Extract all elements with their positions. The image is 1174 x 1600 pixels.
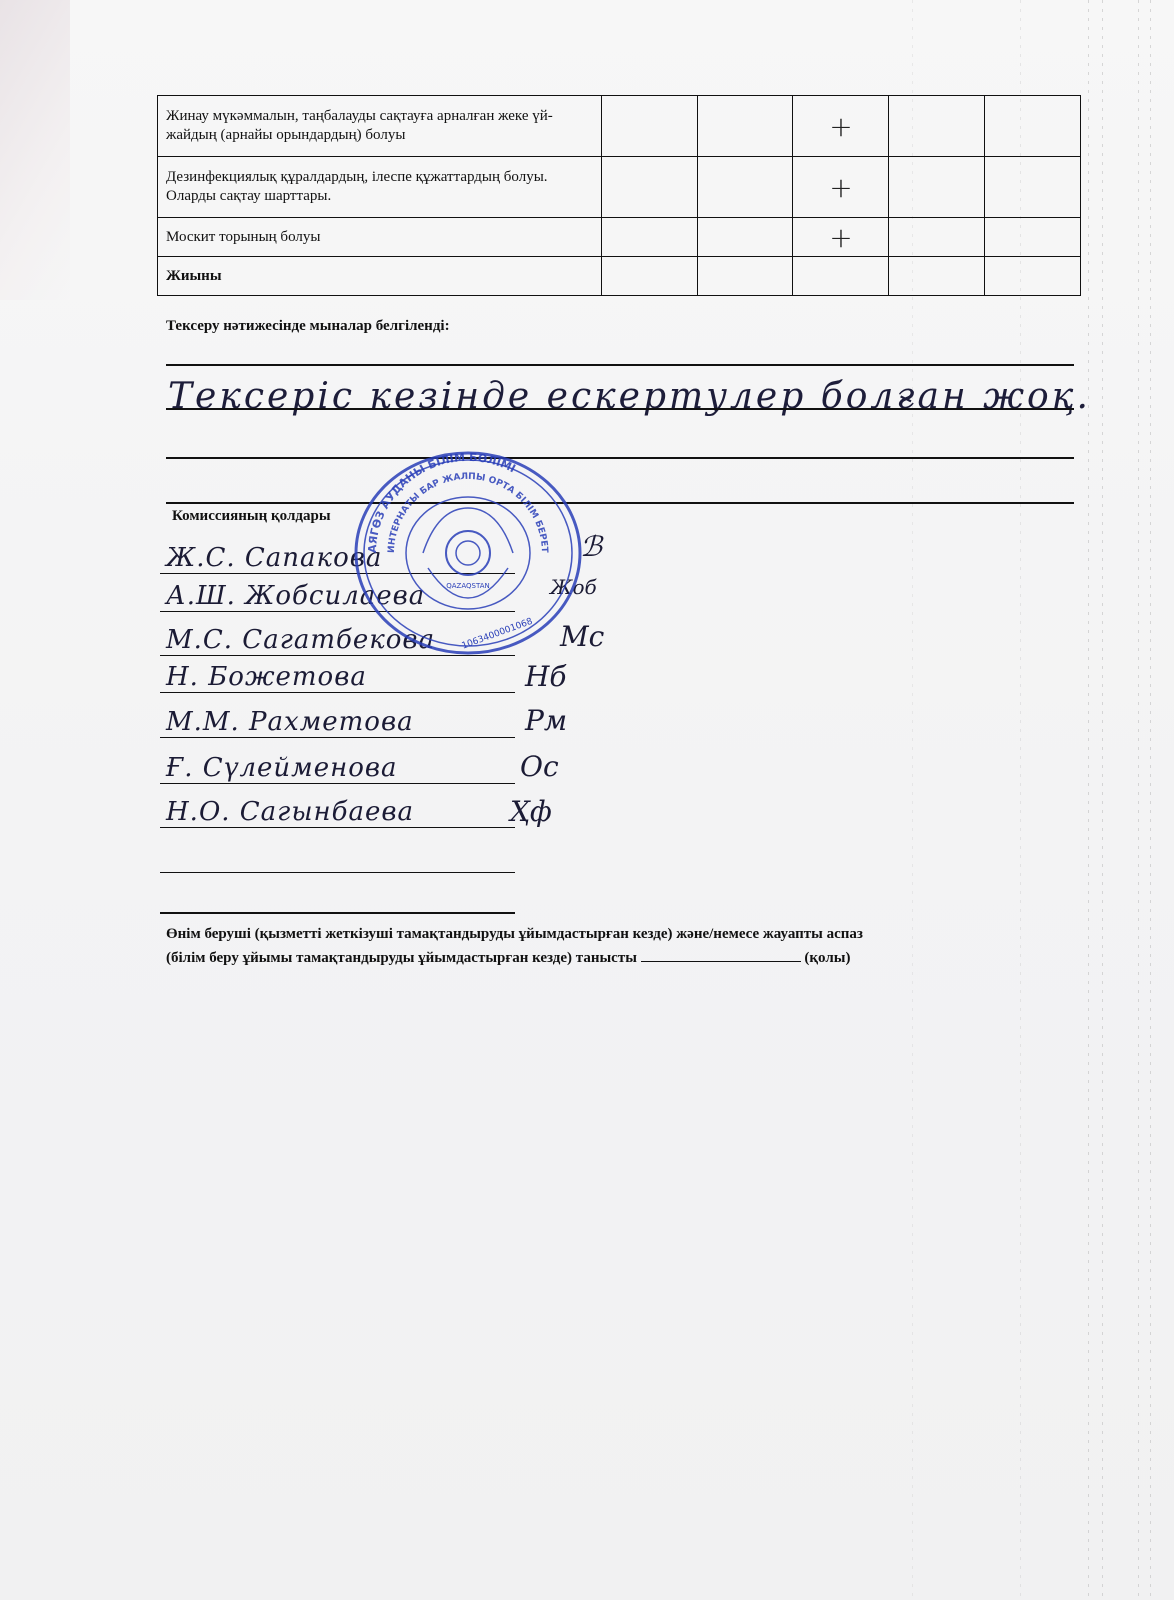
scanned-page: Жинау мүкәммалын, таңбалауды сақтауға ар… — [0, 0, 1174, 1600]
rule-line — [160, 912, 515, 914]
table-row: Москит торының болуы + — [158, 218, 1081, 257]
signature-mark: Рм — [525, 704, 567, 737]
mark-cell — [697, 257, 793, 296]
findings-handwritten: Тексеріс кезінде ескертулер болған жоқ. — [168, 376, 1091, 417]
signer-name: Н. Божетова — [166, 662, 367, 692]
mark-cell: + — [793, 218, 889, 257]
signature-blank — [641, 947, 801, 962]
footer-line-2: (білім беру ұйымы тамақтандыруды ұйымдас… — [166, 946, 1086, 970]
scan-artifact — [1088, 0, 1089, 1600]
signer-name: М.М. Рахметова — [166, 707, 414, 737]
rule-line — [166, 364, 1074, 366]
mark-cell — [697, 157, 793, 218]
signer-name: Н.О. Сагынбаева — [166, 797, 414, 827]
footer-line-2-text: (білім беру ұйымы тамақтандыруды ұйымдас… — [166, 950, 637, 966]
signature-line: Н. Божетова — [160, 654, 515, 693]
mark-cell — [985, 157, 1081, 218]
mark-cell — [697, 218, 793, 257]
mark-cell — [793, 257, 889, 296]
rule-line — [166, 457, 1074, 459]
table-row-total: Жиыны — [158, 257, 1081, 296]
mark-cell: + — [793, 96, 889, 157]
mark-cell — [889, 257, 985, 296]
findings-heading: Тексеру нәтижесінде мыналар белгіленді: — [166, 318, 450, 335]
commission-label: Комиссияның қолдары — [172, 508, 331, 525]
mark-cell — [601, 218, 697, 257]
signature-line: Ғ. Сүлейменова — [160, 745, 515, 784]
mark-cell — [601, 157, 697, 218]
checklist-table: Жинау мүкәммалын, таңбалауды сақтауға ар… — [157, 95, 1081, 296]
row-label: Дезинфекциялық құралдардың, ілеспе құжат… — [158, 157, 602, 218]
svg-text:1063400001068: 1063400001068 — [461, 617, 535, 652]
footer-line-1: Өнім беруші (қызметті жеткізуші тамақтан… — [166, 922, 1086, 946]
signature-line: М.М. Рахметова — [160, 699, 515, 738]
mark-cell — [985, 218, 1081, 257]
scan-artifact — [1102, 0, 1103, 1600]
table-row: Жинау мүкәммалын, таңбалауды сақтауға ар… — [158, 96, 1081, 157]
table-row: Дезинфекциялық құралдардың, ілеспе құжат… — [158, 157, 1081, 218]
rule-line — [166, 408, 1074, 410]
rule-line — [166, 502, 1074, 504]
signature-line: Н.О. Сагынбаева — [160, 789, 515, 828]
mark-cell — [697, 96, 793, 157]
mark-cell: + — [793, 157, 889, 218]
svg-text:QAZAQSTAN: QAZAQSTAN — [446, 582, 489, 590]
signature-mark: Ҳф — [510, 795, 552, 828]
row-label: Москит торының болуы — [158, 218, 602, 257]
acknowledgement-text: Өнім беруші (қызметті жеткізуші тамақтан… — [166, 922, 1086, 970]
footer-signature-label: (қолы) — [804, 950, 850, 966]
scan-artifact — [1138, 0, 1139, 1600]
mark-cell — [889, 96, 985, 157]
official-stamp: АЯГӨЗ АУДАНЫ БІЛІМ БӨЛІМІ ИНТЕРНАТЫ БАР … — [348, 448, 588, 658]
mark-cell — [889, 157, 985, 218]
row-label: Жинау мүкәммалын, таңбалауды сақтауға ар… — [158, 96, 602, 157]
signature-mark: Ос — [520, 750, 559, 783]
signature-line — [160, 834, 515, 873]
row-label: Жиыны — [158, 257, 602, 296]
mark-cell — [601, 96, 697, 157]
mark-cell — [601, 257, 697, 296]
mark-cell — [985, 257, 1081, 296]
scan-artifact — [1150, 0, 1151, 1600]
page-fold-shadow — [0, 0, 70, 300]
signer-name: Ғ. Сүлейменова — [166, 753, 398, 783]
signature-mark: Нб — [525, 660, 567, 693]
mark-cell — [889, 218, 985, 257]
mark-cell — [985, 96, 1081, 157]
